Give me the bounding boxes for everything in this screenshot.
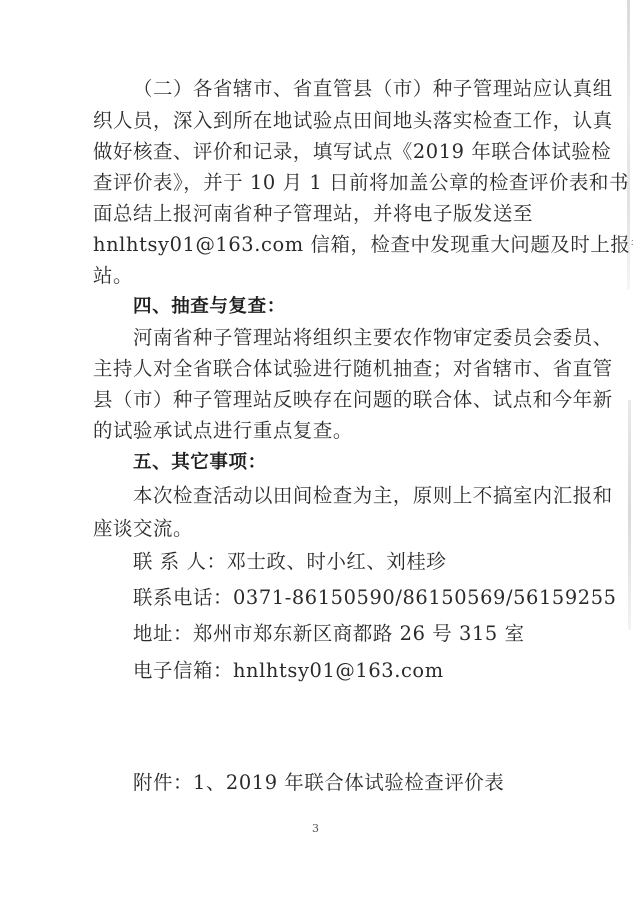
paragraph-line: 主持人对全省联合体试验进行随机抽查；对省辖市、省直管 [93,357,533,381]
paragraph-line: 织人员，深入到所在地试验点田间地头落实检查工作，认真 [93,109,533,133]
contact-address: 地址：郑州市郑东新区商都路 26 号 315 室 [133,622,573,646]
paragraph-line: 站。 [93,264,533,288]
document-page: （二）各省辖市、省直管县（市）种子管理站应认真组 织人员，深入到所在地试验点田间… [0,0,633,900]
paragraph-line: 面总结上报河南省种子管理站，并将电子版发送至 [93,202,533,226]
contact-phone: 联系电话：0371-86150590/86150569/56159255 [133,586,573,610]
scan-edge-artifact [628,400,631,630]
paragraph-line: hnlhtsy01@163.com 信箱，检查中发现重大问题及时上报省 [93,233,533,257]
paragraph-line: 座谈交流。 [93,517,533,541]
page-number: 3 [312,822,319,835]
attachment-note: 附件：1、2019 年联合体试验检查评价表 [133,771,573,795]
paragraph-line: 做好核查、评价和记录，填写试点《2019 年联合体试验检 [93,140,533,164]
contact-person: 联 系 人：邓士政、时小红、刘桂珍 [133,550,573,574]
paragraph-line: 查评价表》，并于 10 月 1 日前将加盖公章的检查评价表和书 [93,171,533,195]
paragraph-line: （二）各省辖市、省直管县（市）种子管理站应认真组 [133,77,533,101]
contact-email: 电子信箱：hnlhtsy01@163.com [133,659,573,683]
section-heading-spot-check: 四、抽查与复查： [133,295,573,319]
section-heading-other-matters: 五、其它事项： [133,451,573,475]
paragraph-line: 的试验承试点进行重点复查。 [93,419,533,443]
paragraph-line: 县（市）种子管理站反映存在问题的联合体、试点和今年新 [93,388,533,412]
paragraph-line: 河南省种子管理站将组织主要农作物审定委员会委员、 [133,326,533,350]
paragraph-line: 本次检查活动以田间检查为主，原则上不搞室内汇报和 [133,484,533,508]
